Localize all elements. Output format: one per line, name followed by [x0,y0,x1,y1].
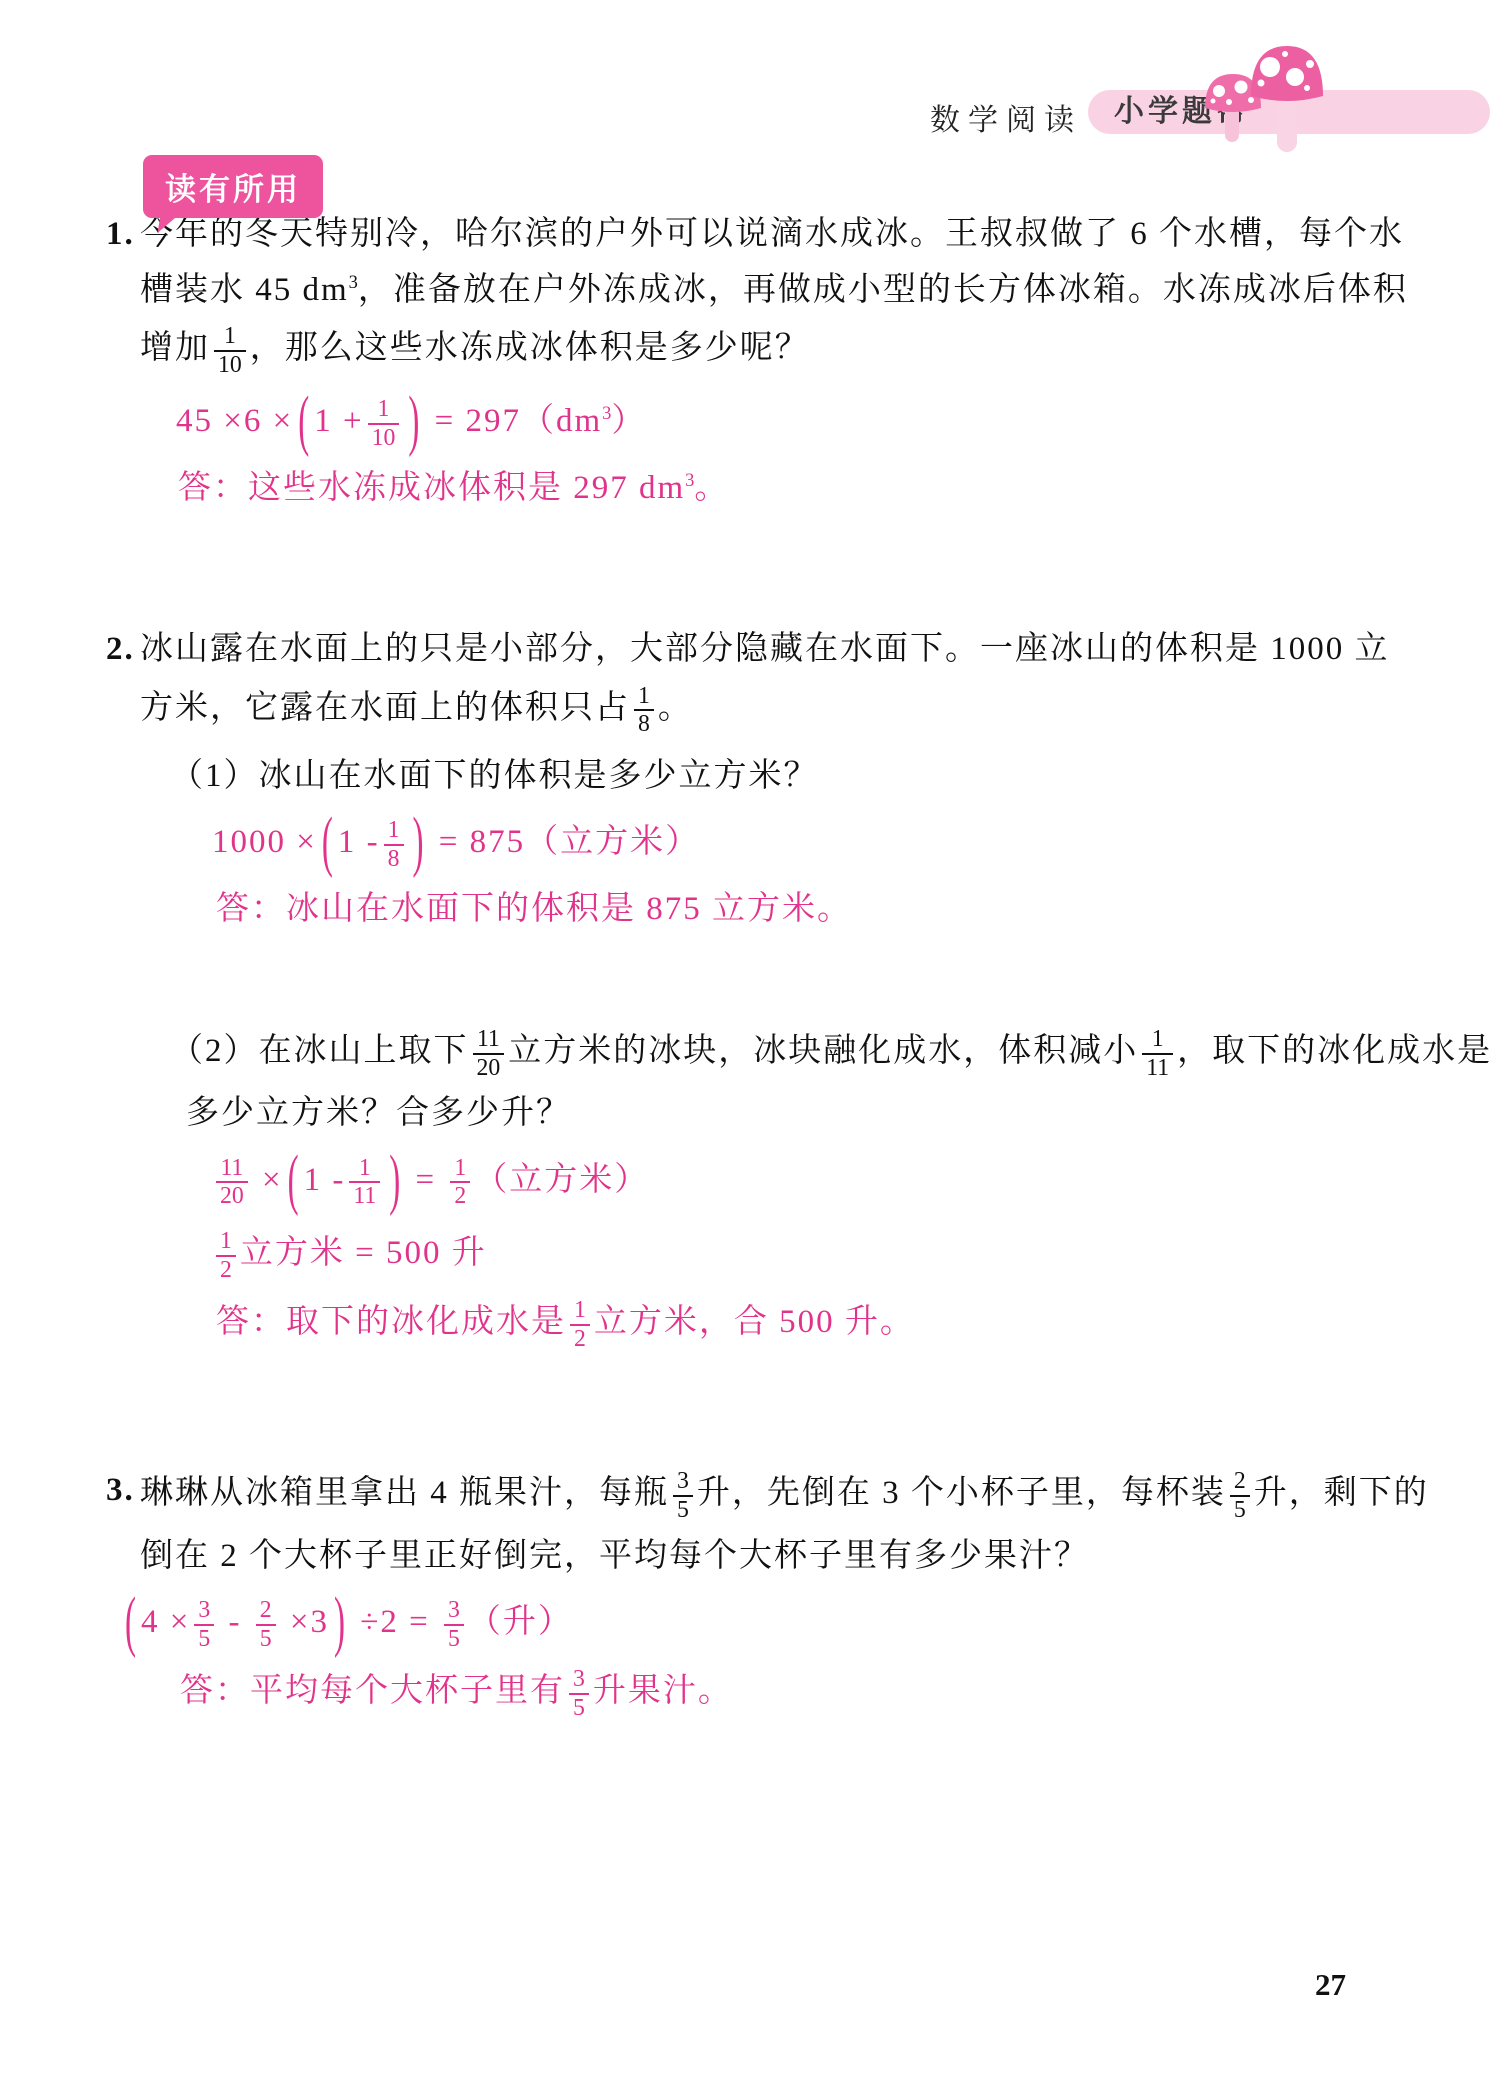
problem-2: 2.冰山露在水面上的只是小部分，大部分隐藏在水面下。一座冰山的体积是 1000 … [106,627,1466,1352]
problem-statement-line: 倒在 2 个大杯子里正好倒完，平均每个大杯子里有多少果汁？ [140,1534,1466,1580]
solution-answer: 答：这些水冻成冰体积是 297 dm3。 [178,466,1466,512]
right-paren: ) [389,1136,400,1229]
sub-question-line: 多少立方米？合多少升？ [186,1091,1466,1137]
superscript: 3 [349,272,358,292]
section-title: 数学阅读 [930,95,1082,139]
fraction: 110 [214,323,246,378]
left-paren: ( [298,377,309,470]
left-paren: ( [322,798,333,891]
fraction: 110 [368,396,400,451]
solution-answer: 答：冰山在水面下的体积是 875 立方米。 [216,887,1466,933]
fraction: 18 [634,683,654,738]
superscript: 3 [602,403,611,423]
left-paren: ( [125,1578,136,1671]
solution-equation: 1000 ×(1 -18) = 875（立方米） [212,817,1466,872]
problem-number: 2. [106,627,135,673]
workbook-page: 数学阅读 小学题帮 [0,0,1506,2095]
mushrooms-icon [1195,40,1345,158]
sub-question-line: （2）在冰山上取下1120立方米的冰块，冰块融化成水，体积减小111，取下的冰化… [170,1026,1466,1081]
right-paren: ) [408,377,419,470]
sub-question-line: （1）冰山在水面下的体积是多少立方米？ [170,754,1466,800]
fraction: 12 [570,1297,590,1352]
problem-number: 1. [106,212,135,258]
fraction: 111 [1142,1026,1173,1081]
solution-equation: 12立方米 = 500 升 [212,1228,1466,1283]
problem-statement-line: 方米，它露在水面上的体积只占18。 [140,683,1466,738]
fraction: 12 [450,1155,470,1210]
page-number: 27 [1315,1967,1346,2003]
fraction: 25 [256,1597,276,1652]
solution-answer: 答：取下的冰化成水是12立方米，合 500 升。 [216,1297,1466,1352]
left-paren: ( [288,1136,299,1229]
problem-3: 3.琳琳从冰箱里拿出 4 瓶果汁，每瓶35升，先倒在 3 个小杯子里，每杯装25… [106,1468,1466,1721]
fraction: 1120 [216,1155,248,1210]
problems-list: 1.今年的冬天特别冷，哈尔滨的户外可以说滴水成冰。王叔叔做了 6 个水槽，每个水… [106,212,1466,1728]
superscript: 3 [685,470,694,490]
right-paren: ) [334,1578,345,1671]
fraction: 35 [194,1597,214,1652]
badge-label: 读有所用 [165,172,301,207]
problem-statement-line: 3.琳琳从冰箱里拿出 4 瓶果汁，每瓶35升，先倒在 3 个小杯子里，每杯装25… [140,1468,1466,1523]
solution-equation: 1120 ×(1 -111) = 12（立方米） [212,1155,1466,1210]
fraction: 35 [673,1468,693,1523]
right-paren: ) [413,798,424,891]
fraction: 111 [349,1155,380,1210]
problem-1: 1.今年的冬天特别冷，哈尔滨的户外可以说滴水成冰。王叔叔做了 6 个水槽，每个水… [106,212,1466,511]
section-badge: 读有所用 [143,155,323,218]
fraction: 18 [384,817,404,872]
problem-statement-line: 槽装水 45 dm3，准备放在户外冻成冰，再做成小型的长方体冰箱。水冻成冰后体积 [140,268,1466,314]
solution-equation: (4 ×35 - 25 ×3) ÷2 = 35（升） [120,1597,1466,1652]
problem-number: 3. [106,1468,135,1514]
problem-statement-line: 1.今年的冬天特别冷，哈尔滨的户外可以说滴水成冰。王叔叔做了 6 个水槽，每个水 [140,212,1466,258]
solution-equation: 45 ×6 ×(1 +110) = 297（dm3） [176,396,1466,451]
problem-statement-line: 增加110，那么这些水冻成冰体积是多少呢？ [140,323,1466,378]
fraction: 35 [569,1666,589,1721]
fraction: 12 [216,1228,236,1283]
fraction: 1120 [473,1026,505,1081]
fraction: 25 [1230,1468,1250,1523]
big-mushroom-icon [1251,46,1323,152]
solution-answer: 答：平均每个大杯子里有35升果汁。 [180,1666,1466,1721]
fraction: 35 [444,1597,464,1652]
problem-statement-line: 2.冰山露在水面上的只是小部分，大部分隐藏在水面下。一座冰山的体积是 1000 … [140,627,1466,673]
badge-tail [157,215,178,233]
